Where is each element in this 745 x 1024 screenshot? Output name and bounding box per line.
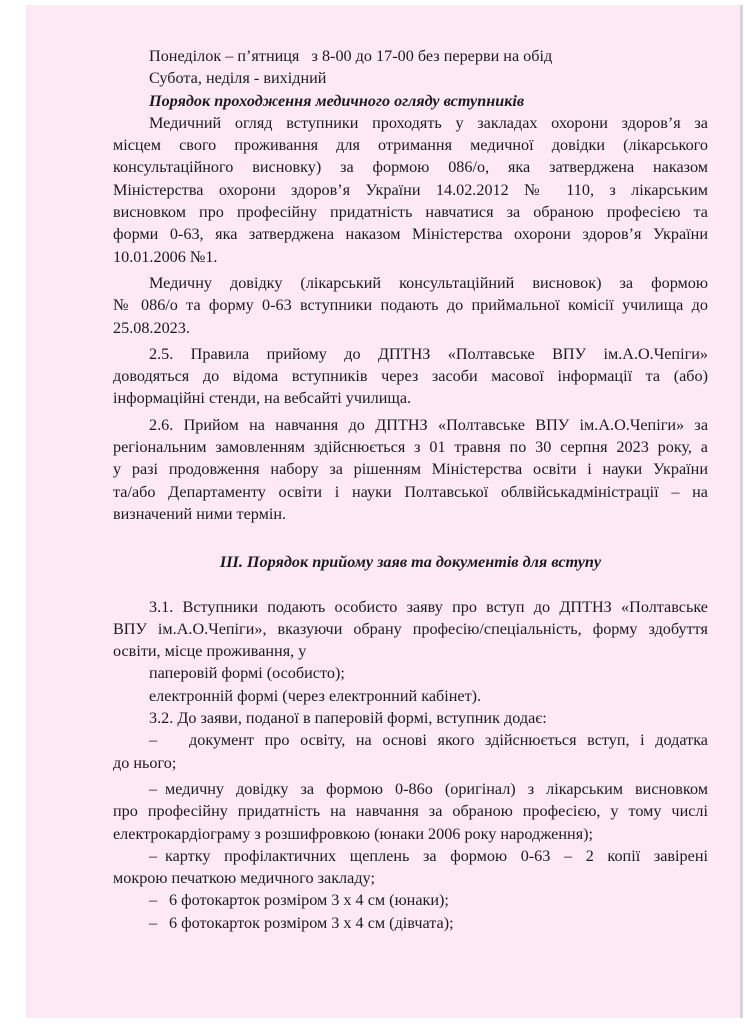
text-line: електрокардіограму з розшифровкою (юнаки…: [113, 823, 708, 845]
section-3-heading: ІІІ. Порядок прийому заяв та документів …: [113, 551, 708, 573]
text-line: –6 фотокарток розміром 3 х 4 см (дівчата…: [113, 912, 708, 934]
text-line: інформаційні стенди, на вебсайті училища…: [113, 387, 708, 409]
text-line: мокрою печаткою медичного закладу;: [113, 867, 708, 889]
document-body: Понеділок – п’ятниця з 8-00 до 17-00 без…: [113, 45, 708, 934]
text-fragment: документ про освіту, на основі якого зді…: [189, 731, 708, 749]
text-line: та/або Департаменту освіти і науки Полта…: [113, 481, 708, 503]
text-line: –6 фотокарток розміром 3 х 4 см (юнаки);: [113, 889, 708, 911]
submission-form-electronic: електронній формі (через електронний каб…: [113, 685, 708, 707]
clause-3-1: 3.1. Вступники подають особисто заяву пр…: [113, 596, 708, 707]
text-fragment: 6 фотокарток розміром 3 х 4 см (дівчата)…: [169, 914, 454, 932]
dash-bullet: –: [149, 729, 189, 751]
text-line: 25.08.2023.: [113, 317, 708, 339]
text-line: визначений ними термін.: [113, 503, 708, 525]
text-line: консультаційного висновку) за формою 086…: [113, 156, 708, 178]
medical-certificate-paragraph: Медичну довідку (лікарський консультацій…: [113, 272, 708, 339]
text-line: № 086/о та форму 0-63 вступники подають …: [113, 294, 708, 316]
text-fragment: медичну довідку за формою 0-86о (оригіна…: [165, 780, 708, 798]
clause-2-6: 2.6. Прийом на навчання до ДПТНЗ «Полтав…: [113, 414, 708, 525]
text-line: місцем свого проживання для отримання ме…: [113, 134, 708, 156]
medical-exam-paragraph: Медичний огляд вступники проходять у зак…: [113, 112, 708, 268]
clause-3-2-intro: 3.2. До заяви, поданої в паперовій формі…: [113, 707, 708, 729]
clause-3-2: 3.2. До заяви, поданої в паперовій формі…: [113, 707, 708, 934]
document-list-item: –6 фотокарток розміром 3 х 4 см (дівчата…: [113, 912, 708, 934]
text-line: про професійну придатність на навчання з…: [113, 800, 708, 822]
scanned-page: Понеділок – п’ятниця з 8-00 до 17-00 без…: [26, 5, 743, 1018]
text-line: 2.6. Прийом на навчання до ДПТНЗ «Полтав…: [113, 414, 708, 436]
text-fragment: 6 фотокарток розміром 3 х 4 см (юнаки);: [169, 891, 449, 909]
text-line: освіти, місце проживання, у: [113, 640, 708, 662]
document-list-item: –медичну довідку за формою 0-86о (оригін…: [113, 778, 708, 845]
text-line: Медичну довідку (лікарський консультацій…: [113, 272, 708, 294]
text-line: регіональним замовленням здійснюється з …: [113, 436, 708, 458]
submission-form-paper: паперовій формі (особисто);: [113, 662, 708, 684]
text-line: висновком про професійну придатність нав…: [113, 201, 708, 223]
text-line: 2.5. Правила прийому до ДПТНЗ «Полтавськ…: [113, 343, 708, 365]
text-line: ВПУ ім.А.О.Чепіги», вказуючи обрану проф…: [113, 618, 708, 640]
text-line: 3.1. Вступники подають особисто заяву пр…: [113, 596, 708, 618]
document-list-item: –6 фотокарток розміром 3 х 4 см (юнаки);: [113, 889, 708, 911]
dash-bullet: –: [149, 889, 169, 911]
text-line: Міністерства охорони здоров’я України 14…: [113, 179, 708, 201]
medical-exam-heading: Порядок проходження медичного огляду вст…: [113, 90, 708, 112]
text-line: у разі продовження набору за рішенням Мі…: [113, 458, 708, 480]
text-line: до нього;: [113, 752, 708, 774]
document-list-item: –документ про освіту, на основі якого зд…: [113, 729, 708, 774]
text-line: –картку профілактичних щеплень за формою…: [113, 845, 708, 867]
text-line: –медичну довідку за формою 0-86о (оригін…: [113, 778, 708, 800]
text-fragment: картку профілактичних щеплень за формою …: [165, 847, 708, 865]
schedule-weekdays: Понеділок – п’ятниця з 8-00 до 17-00 без…: [113, 45, 708, 67]
text-line: доводяться до відома вступників через за…: [113, 365, 708, 387]
dash-bullet: –: [149, 845, 165, 867]
schedule-weekend: Субота, неділя - вихідний: [113, 67, 708, 89]
dash-bullet: –: [149, 912, 169, 934]
dash-bullet: –: [149, 778, 165, 800]
text-line: –документ про освіту, на основі якого зд…: [113, 729, 708, 751]
document-list-item: –картку профілактичних щеплень за формою…: [113, 845, 708, 890]
text-line: 10.01.2006 №1.: [113, 246, 708, 268]
text-line: Медичний огляд вступники проходять у зак…: [113, 112, 708, 134]
clause-2-5: 2.5. Правила прийому до ДПТНЗ «Полтавськ…: [113, 343, 708, 410]
text-line: форми 0-63, яка затверджена наказом Міні…: [113, 223, 708, 245]
